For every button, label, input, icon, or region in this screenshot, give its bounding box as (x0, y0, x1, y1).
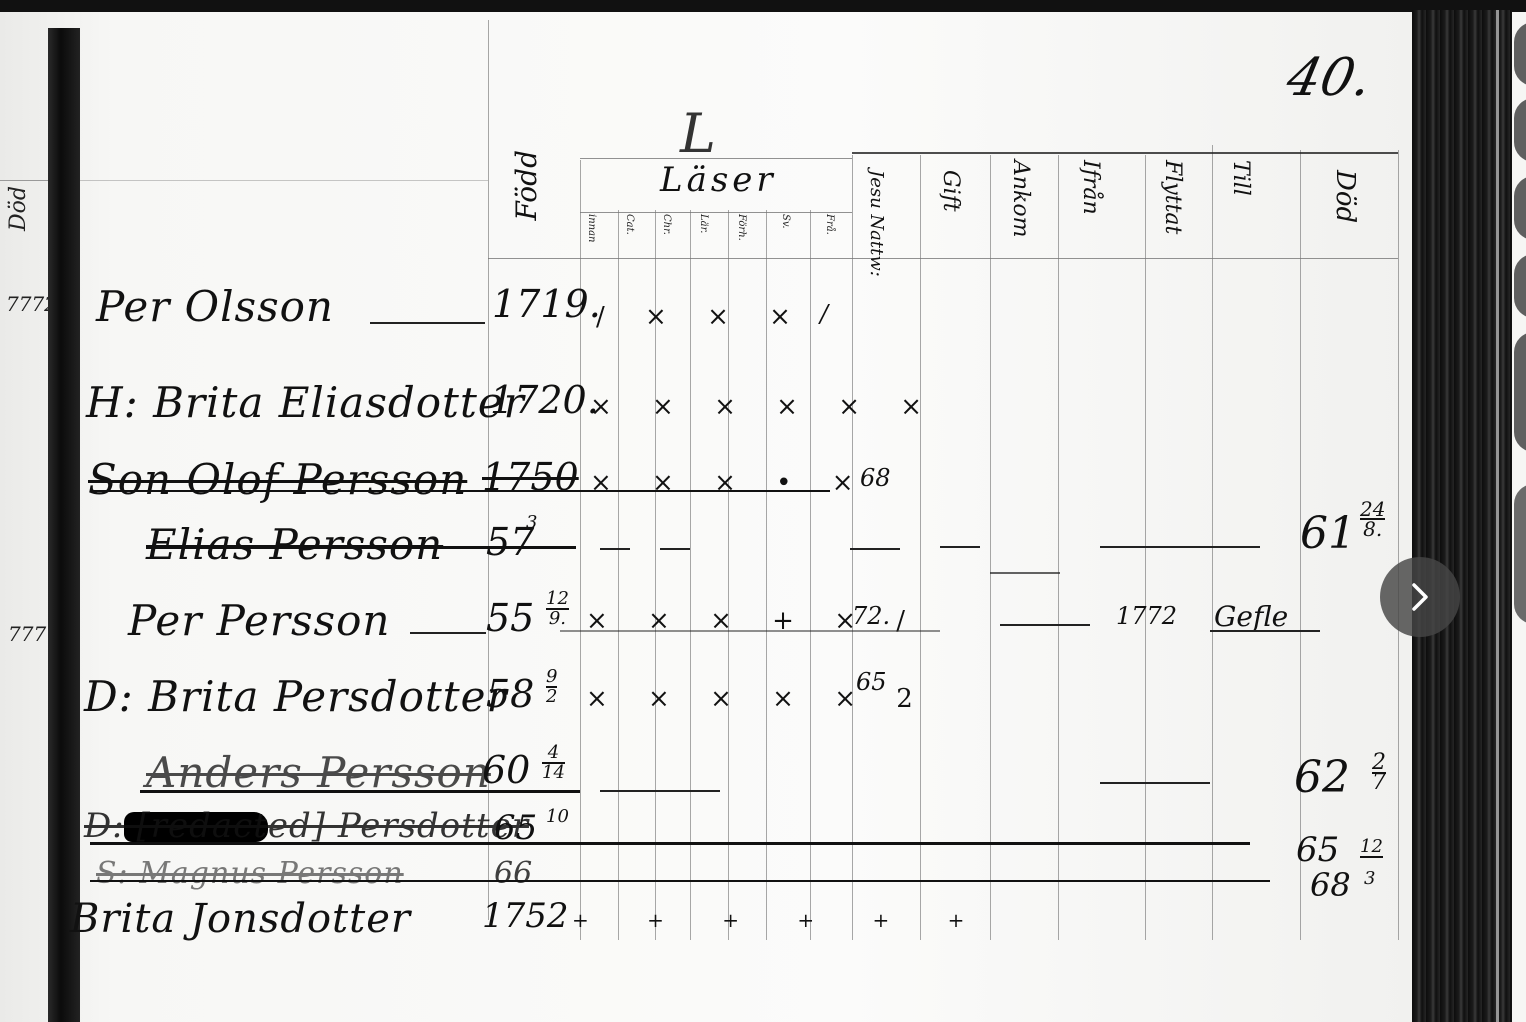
underline (410, 632, 486, 634)
reading-marks: × × × • × (590, 468, 870, 498)
strike-line (90, 880, 1270, 882)
column-header-to: Till (1228, 160, 1253, 196)
reading-marks: + + + + + + (572, 908, 990, 932)
dash (1000, 624, 1090, 626)
toolbar-button[interactable] (1514, 484, 1526, 624)
entry-name: Elias Persson (146, 520, 443, 569)
dash (850, 548, 900, 550)
toolbar-button[interactable] (1514, 332, 1526, 452)
entry-name: Per Persson (128, 596, 390, 645)
column-subheader: innan (586, 214, 597, 242)
book-page-edges (1412, 10, 1512, 1022)
entry-died-date: 3 (1364, 870, 1375, 888)
underline (370, 322, 485, 324)
dash (1100, 782, 1210, 784)
entry-born-date: 10 (546, 808, 569, 826)
column-header-arrived: Ankom (1008, 160, 1033, 238)
entry-born-date: 129. (546, 590, 569, 628)
entry-communion: 72. (852, 602, 890, 630)
right-toolbar (1512, 14, 1526, 1022)
column-subheader: Sv. (780, 214, 791, 229)
entry-died: 68 (1310, 866, 1351, 904)
grid-line (580, 158, 852, 159)
reading-extra: / (820, 300, 828, 328)
column-subheader: Lär. (698, 214, 709, 233)
scan-top-edge (0, 0, 1526, 12)
dash (660, 548, 690, 550)
entry-name: H: Brita Eliasdotter (86, 378, 525, 427)
entry-born: 60 (482, 748, 530, 792)
toolbar-button[interactable] (1514, 22, 1526, 86)
book-gutter (48, 28, 80, 1022)
previous-page-column-header: Död (6, 186, 31, 231)
entry-name: S: Magnus Persson (96, 856, 404, 891)
grid-line (580, 160, 581, 940)
grid-line (1058, 155, 1059, 940)
grid-line (990, 155, 991, 940)
dash (600, 548, 630, 550)
entry-name: D: Brita Persdotter (84, 672, 508, 721)
entry-born: 1720. (490, 378, 599, 422)
column-header-died: Död (1330, 170, 1360, 223)
entry-communion: 65 (856, 668, 887, 696)
entry-died: 65 (1296, 830, 1339, 870)
entry-name: Brita Jonsdotter (70, 896, 411, 942)
reading-marks: / × × × (596, 302, 807, 332)
toolbar-button[interactable] (1514, 254, 1526, 318)
entry-communion: 68 (860, 464, 891, 492)
column-subheader: Cat. (624, 214, 635, 235)
entry-to: Gefle (1214, 600, 1288, 633)
entry-died-date: 27 (1372, 754, 1386, 792)
reading-marks: × × × × × × (590, 392, 938, 422)
grid-line (1212, 145, 1213, 940)
margin-note: 777 (8, 622, 46, 646)
dash (990, 572, 1060, 574)
entry-born: 58 (486, 672, 534, 716)
entry-born-date: 3 (526, 514, 537, 532)
grid-line (80, 180, 488, 181)
entry-moved: 1772 (1116, 602, 1177, 630)
entry-died-date: 12 (1360, 838, 1383, 858)
column-subheader: Chr. (661, 214, 672, 235)
entry-born: 1750 (482, 455, 579, 499)
column-subheader: Förh. (736, 214, 747, 241)
document-viewer[interactable]: Död 7772 777 40. L Född Läser innan Cat.… (0, 0, 1526, 1022)
entry-born: 1752 (482, 896, 569, 936)
entry-born: 55 (486, 596, 534, 640)
grid-line (1398, 150, 1399, 940)
grid-line (852, 152, 1398, 154)
column-header-communion: Jesu Nattw: (866, 170, 887, 277)
strike-line (146, 546, 576, 549)
header-flourish: L (680, 102, 716, 165)
column-subheader: Frå. (824, 214, 835, 235)
dash (1100, 546, 1260, 548)
entry-name: Per Olsson (96, 282, 334, 331)
page-number: 40. (1282, 48, 1377, 108)
column-header-born: Född (510, 150, 543, 221)
column-header-from: Ifrån (1078, 160, 1103, 215)
entry-died: 62 (1294, 752, 1350, 803)
toolbar-button[interactable] (1514, 176, 1526, 240)
dash (560, 630, 940, 632)
next-page-button[interactable] (1380, 557, 1460, 637)
chevron-right-icon (1407, 579, 1433, 615)
entry-name: D: [redacted] Persdotter (84, 806, 529, 846)
column-header-moved: Flyttat (1160, 160, 1185, 234)
column-header-reading: Läser (660, 160, 777, 200)
column-header-married: Gift (938, 170, 963, 212)
strike-line (140, 790, 580, 793)
entry-died-date: 248. (1360, 500, 1385, 538)
entry-born: 66 (494, 856, 532, 891)
dash (600, 790, 720, 792)
strike-line (90, 490, 830, 492)
strike-line (90, 842, 1250, 845)
entry-born-date: 414 (542, 744, 565, 782)
toolbar-button[interactable] (1514, 98, 1526, 162)
entry-died: 61 (1300, 508, 1356, 559)
entry-name: Son Olof Persson (88, 455, 467, 504)
grid-line (810, 210, 811, 940)
underline (1210, 630, 1320, 632)
grid-line (580, 212, 852, 213)
entry-born: 1719. (492, 282, 601, 326)
dash (940, 546, 980, 548)
entry-born-date: 92 (546, 668, 557, 706)
grid-line (488, 258, 1398, 259)
grid-line (920, 155, 921, 940)
